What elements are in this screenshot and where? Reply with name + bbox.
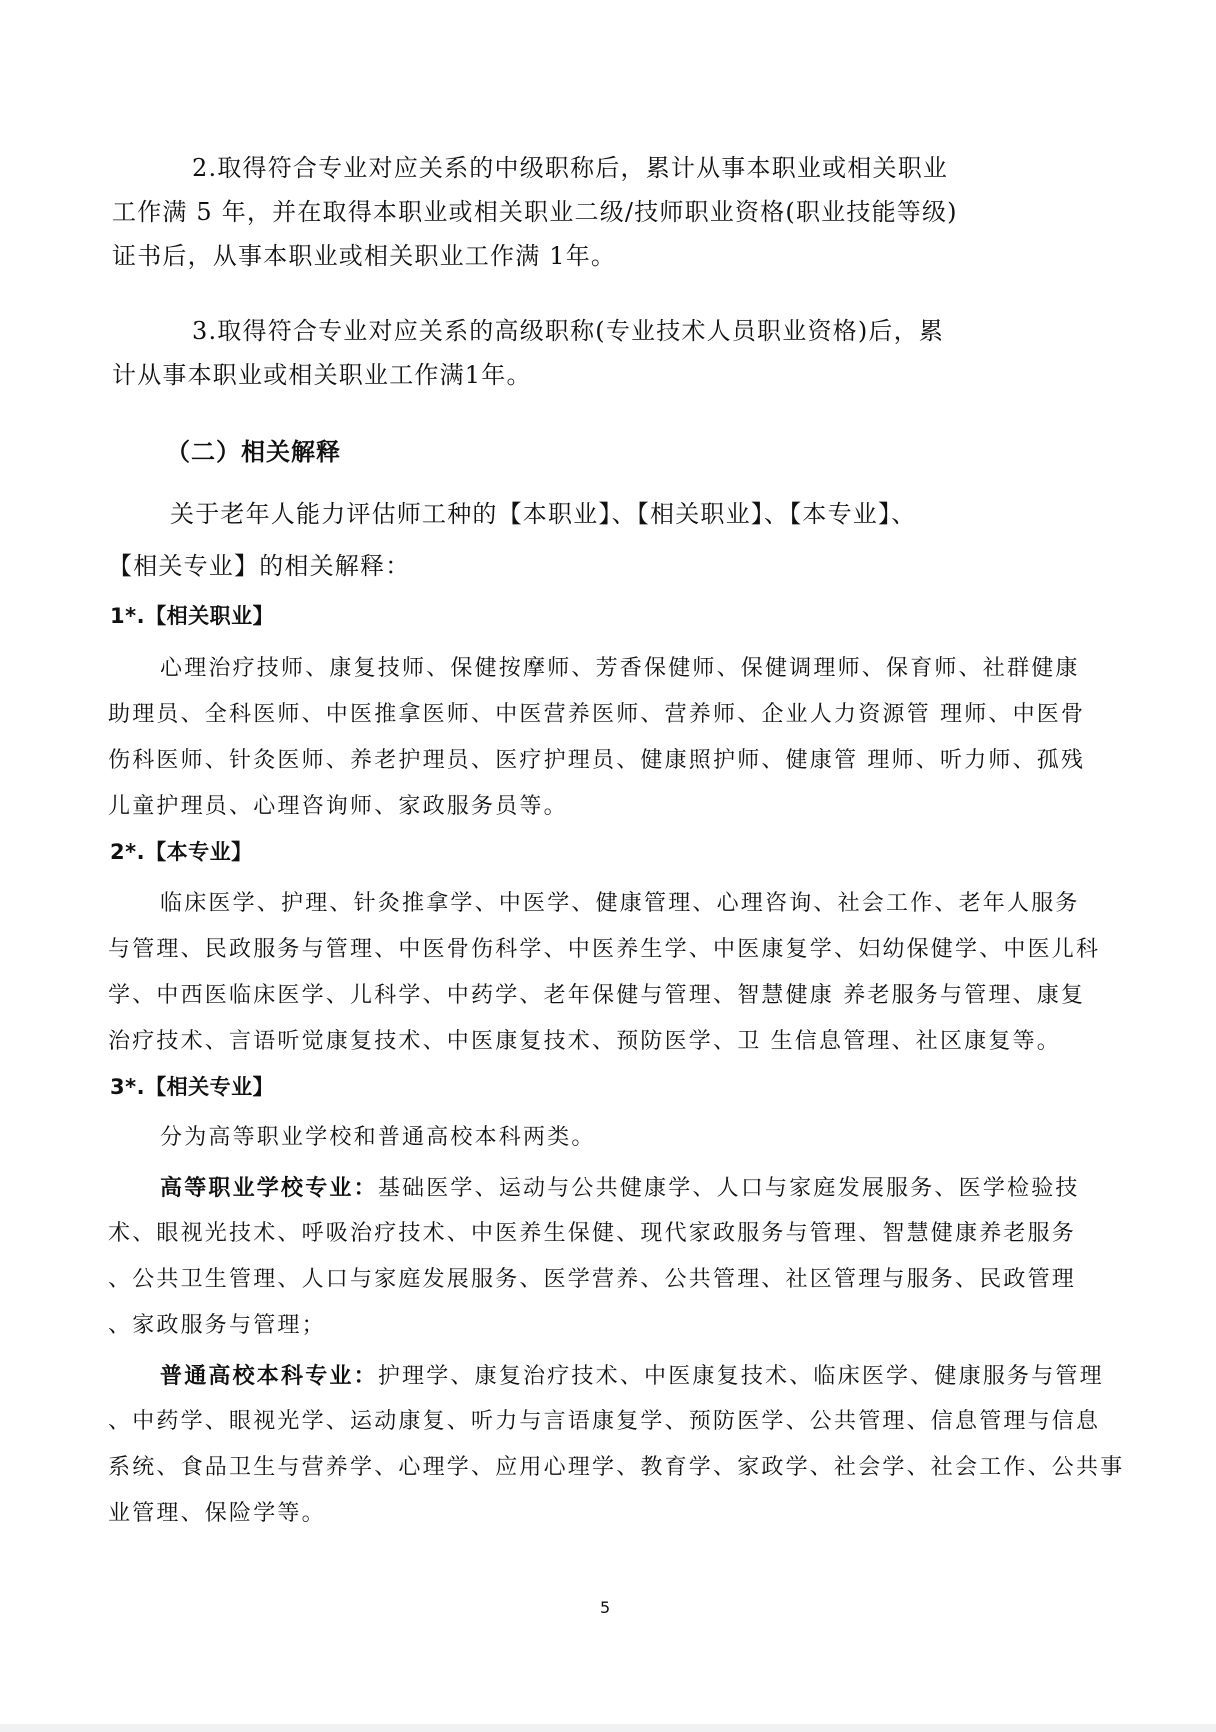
- related-occupations-line-2: 助理员、全科医师、中医推拿医师、中医营养医师、营养师、企业人力资源管 理师、中医…: [108, 700, 1085, 730]
- section-heading: （二）相关解释: [166, 437, 341, 467]
- related-majors-heading: 3*.【相关专业】: [110, 1072, 274, 1102]
- related-occupations-heading: 1*.【相关职业】: [110, 601, 274, 631]
- vocational-majors-line-4: 、家政服务与管理；: [108, 1311, 326, 1341]
- vocational-majors-line-2: 术、眼视光技术、呼吸治疗技术、中医养生保健、现代家政服务与管理、智慧健康养老服务: [108, 1219, 1076, 1249]
- requirement-item-3-line-1: 3.取得符合专业对应关系的高级职称(专业技术人员职业资格)后，累: [192, 316, 944, 346]
- undergraduate-majors-line-4: 业管理、保险学等。: [108, 1499, 326, 1529]
- undergraduate-majors-line-1: 普通高校本科专业：护理学、康复治疗技术、中医康复技术、临床医学、健康服务与管理: [160, 1361, 1104, 1392]
- intro-line-2: 【相关专业】的相关解释：: [108, 551, 410, 581]
- related-occupations-line-3: 伤科医师、针灸医师、养老护理员、医疗护理员、健康照护师、健康管 理师、听力师、孤…: [108, 746, 1085, 776]
- intro-line-1: 关于老年人能力评估师工种的【本职业】、【相关职业】、【本专业】、: [170, 499, 916, 529]
- this-major-line-2: 与管理、民政服务与管理、中医骨伤科学、中医养生学、中医康复学、妇幼保健学、中医儿…: [108, 935, 1100, 965]
- vocational-majors-line-3: 、公共卫生管理、人口与家庭发展服务、医学营养、公共管理、社区管理与服务、民政管理: [108, 1265, 1076, 1295]
- undergraduate-majors-line-3: 系统、食品卫生与营养学、心理学、应用心理学、教育学、家政学、社会学、社会工作、公…: [108, 1453, 1124, 1483]
- undergraduate-majors-label: 普通高校本科专业：: [160, 1363, 378, 1389]
- vocational-majors-first-line: 基础医学、运动与公共健康学、人口与家庭发展服务、医学检验技: [378, 1176, 1080, 1201]
- vocational-majors-line-1: 高等职业学校专业：基础医学、运动与公共健康学、人口与家庭发展服务、医学检验技: [160, 1173, 1080, 1204]
- this-major-line-4: 治疗技术、言语听觉康复技术、中医康复技术、预防医学、卫 生信息管理、社区康复等。: [108, 1027, 1061, 1057]
- related-occupations-line-4: 儿童护理员、心理咨询师、家政服务员等。: [108, 792, 568, 822]
- vocational-majors-label: 高等职业学校专业：: [160, 1175, 378, 1201]
- this-major-line-3: 学、中西医临床医学、儿科学、中药学、老年保健与管理、智慧健康 养老服务与管理、康…: [108, 981, 1085, 1011]
- undergraduate-majors-first-line: 护理学、康复治疗技术、中医康复技术、临床医学、健康服务与管理: [378, 1364, 1104, 1389]
- undergraduate-majors-line-2: 、中药学、眼视光学、运动康复、听力与言语康复学、预防医学、公共管理、信息管理与信…: [108, 1407, 1100, 1437]
- related-majors-summary: 分为高等职业学校和普通高校本科两类。: [160, 1123, 596, 1153]
- document-page: 2.取得符合专业对应关系的中级职称后，累计从事本职业或相关职业 工作满 5 年，…: [0, 0, 1216, 1724]
- this-major-heading: 2*.【本专业】: [110, 837, 253, 867]
- requirement-item-3-line-2: 计从事本职业或相关职业工作满1年。: [112, 360, 532, 390]
- requirement-item-2-line-3: 证书后，从事本职业或相关职业工作满 1年。: [112, 241, 616, 271]
- requirement-item-2-line-2: 工作满 5 年，并在取得本职业或相关职业二级/技师职业资格(职业技能等级): [112, 197, 958, 227]
- requirement-item-2-line-1: 2.取得符合专业对应关系的中级职称后，累计从事本职业或相关职业: [192, 153, 948, 183]
- related-occupations-line-1: 心理治疗技师、康复技师、保健按摩师、芳香保健师、保健调理师、保育师、社群健康: [160, 654, 1080, 684]
- page-number: 5: [600, 1598, 610, 1617]
- this-major-line-1: 临床医学、护理、针灸推拿学、中医学、健康管理、心理咨询、社会工作、老年人服务: [160, 889, 1080, 919]
